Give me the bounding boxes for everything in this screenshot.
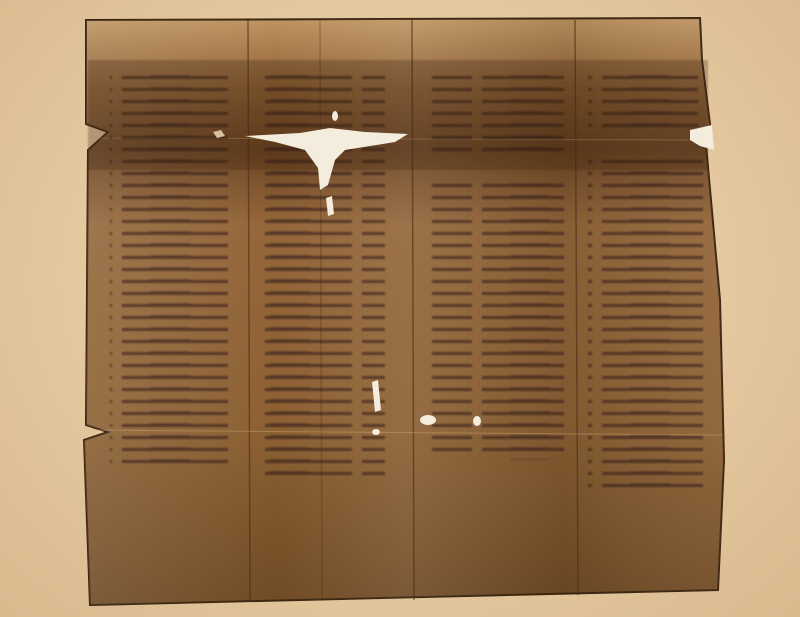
- parchment-illustration: [0, 0, 800, 617]
- photo-scene: Ancient parchment manuscript fragment wi…: [0, 0, 800, 617]
